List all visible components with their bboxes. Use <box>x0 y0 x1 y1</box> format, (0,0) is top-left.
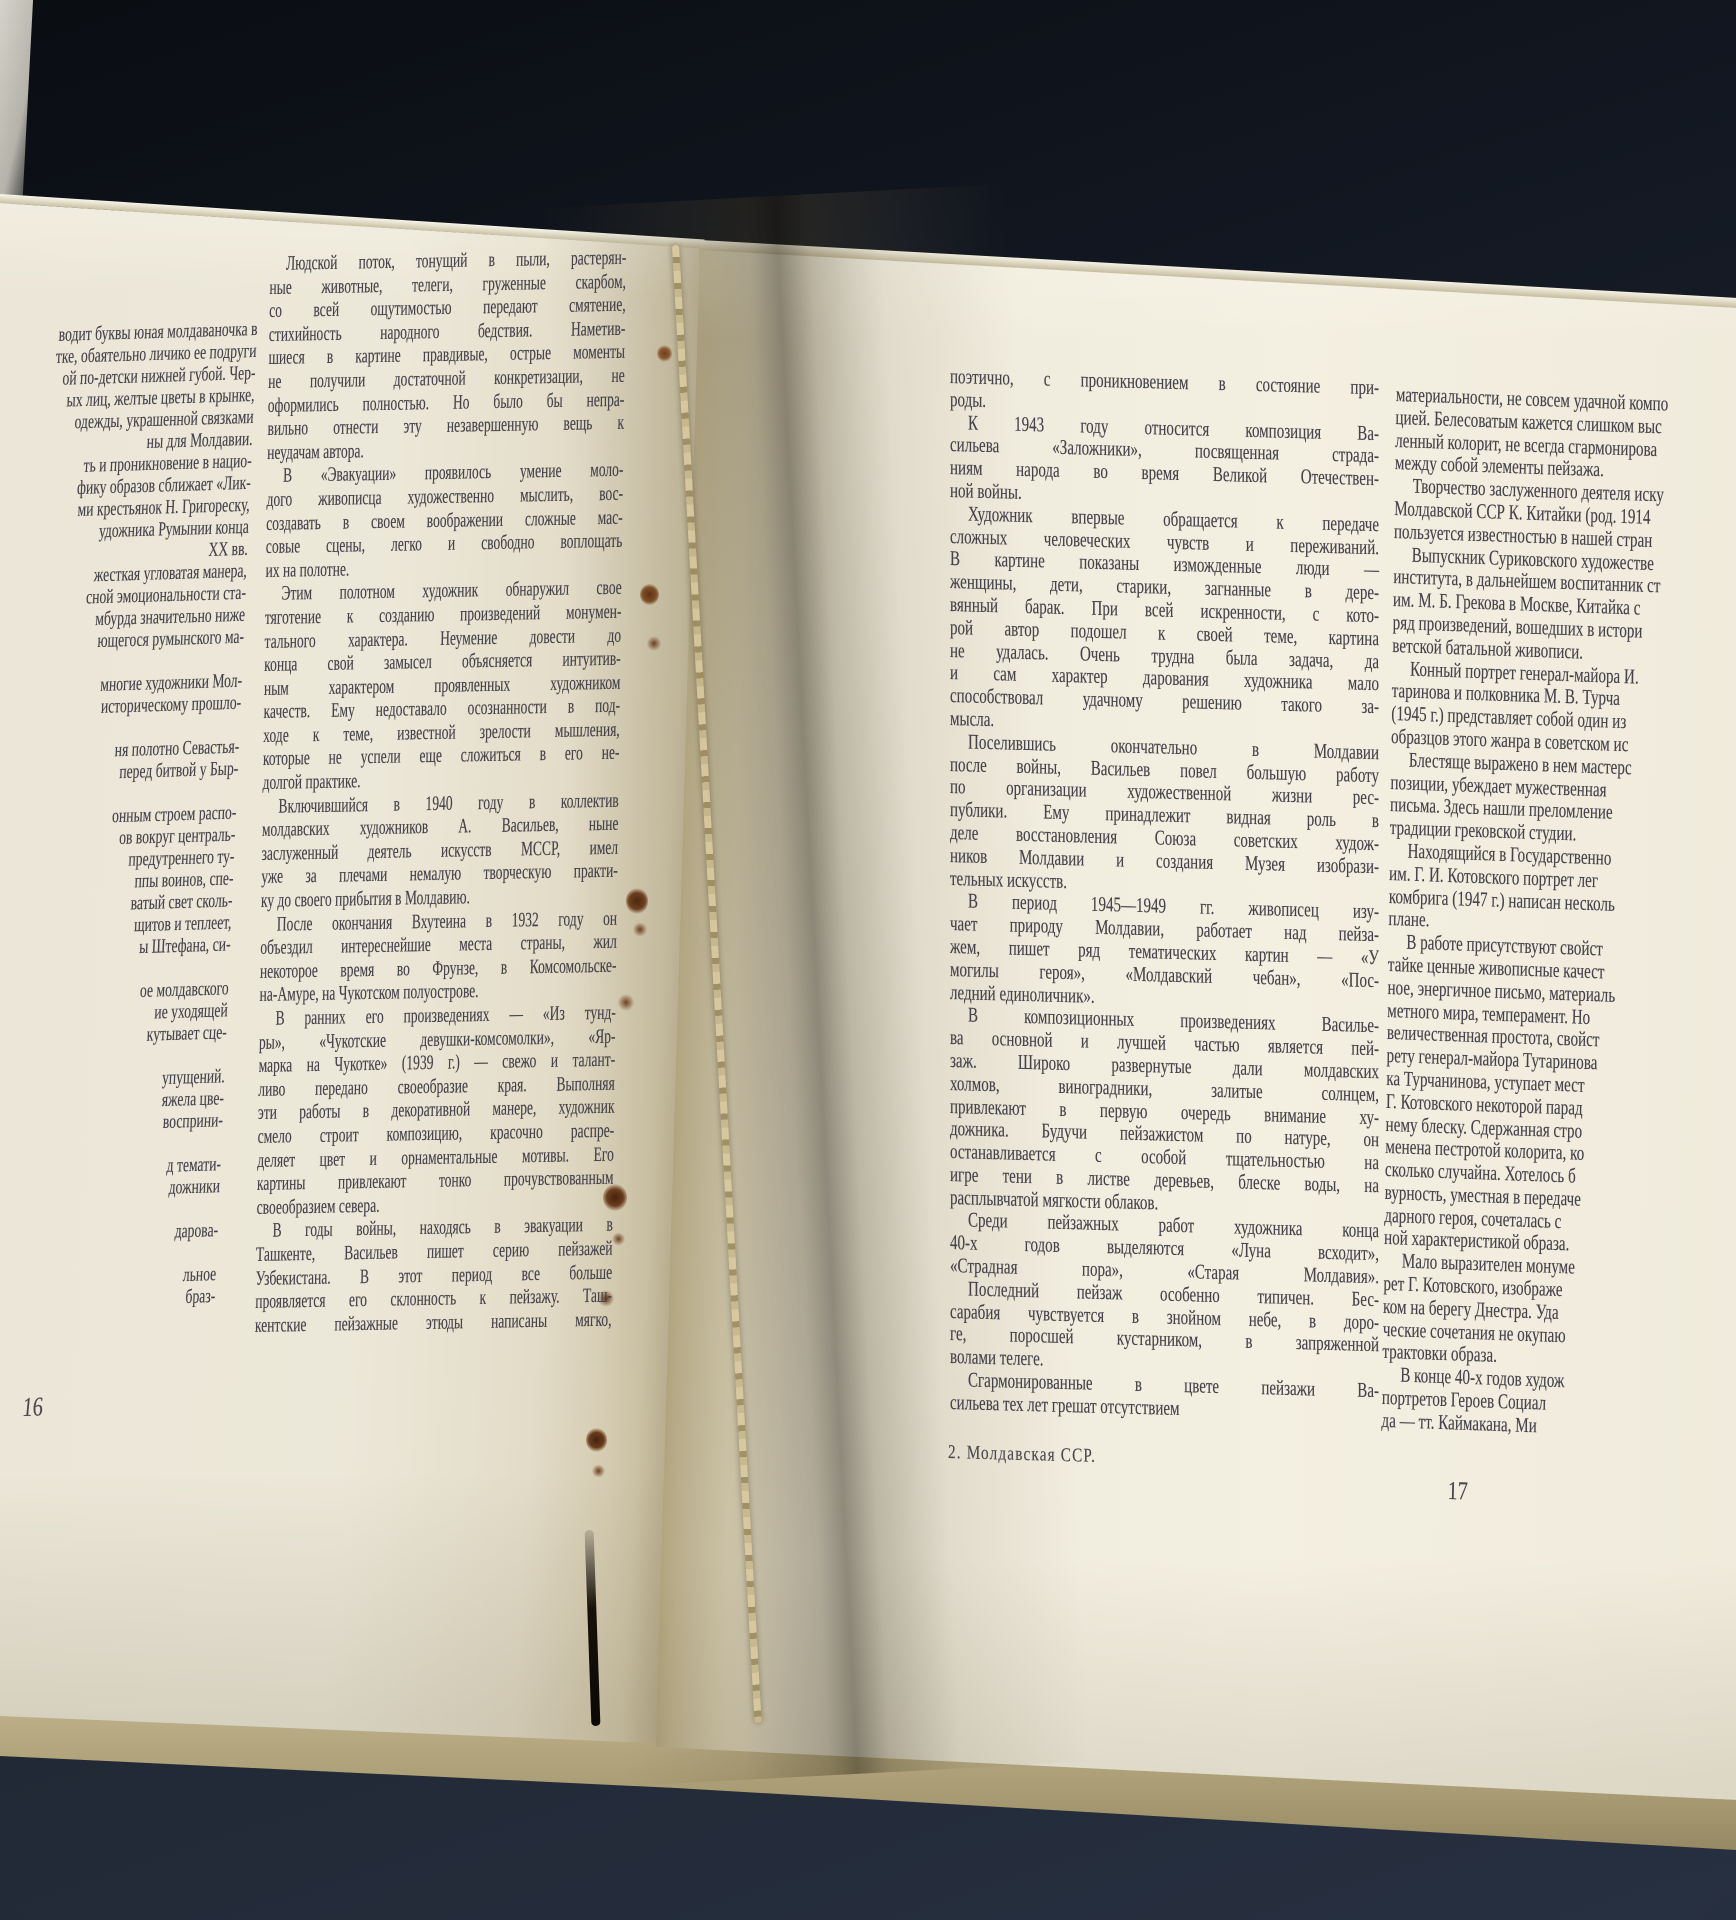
page-number-right: 17 <box>1447 1476 1468 1507</box>
text-column-right-cut: материальности, не совсем удачной компоц… <box>1381 383 1736 1448</box>
foxing-stain <box>647 636 661 651</box>
foxing-stain <box>592 1464 605 1478</box>
foxing-stain <box>633 922 647 937</box>
text-column-right-main: поэтично, с проникновением в состояние п… <box>950 365 1379 1425</box>
text-column-left-main: Людской поток, тонущий в пыли, растерян-… <box>255 247 627 1338</box>
text-column-left-cut: водит буквы юная молдаваночка втке, обая… <box>0 318 258 1315</box>
foxing-stain <box>640 584 659 605</box>
foxing-stain <box>612 1232 625 1246</box>
foxing-stain <box>586 1428 607 1452</box>
foxing-stain <box>618 994 634 1011</box>
page-number-left: 16 <box>22 1391 43 1423</box>
foxing-stain <box>626 888 648 914</box>
footnote: 2. Молдавская ССР. <box>948 1442 1096 1468</box>
photo-of-open-book: водит буквы юная молдаваночка втке, обая… <box>0 0 1736 1920</box>
foxing-stain <box>657 345 672 362</box>
